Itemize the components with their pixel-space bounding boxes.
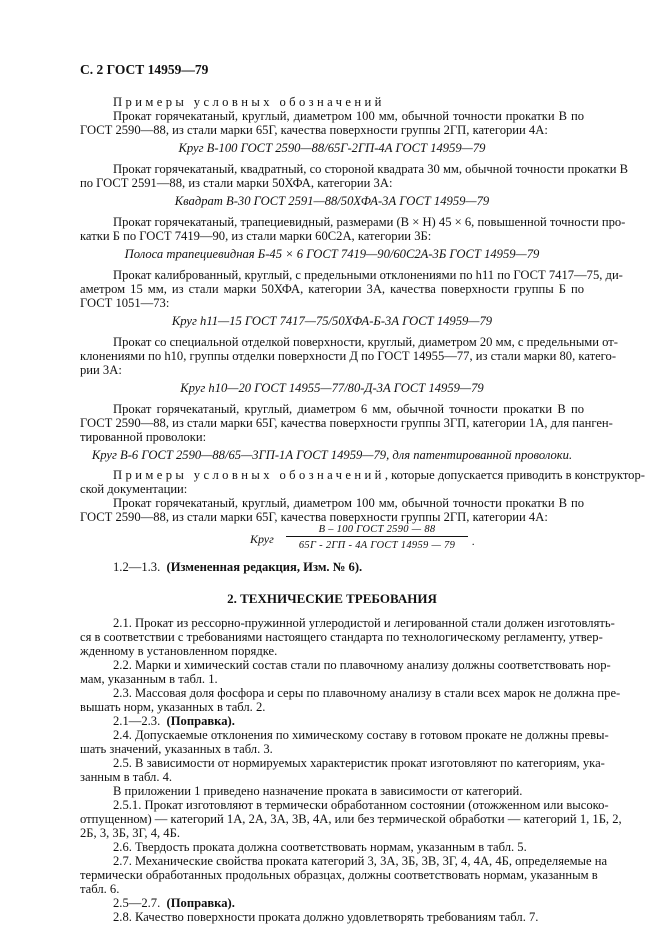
fraction-trailing: . [472, 534, 475, 549]
example-2-line-2: по ГОСТ 2591—88, из стали марки 50ХФА, к… [80, 176, 584, 191]
para-2-5-1-line-1: 2.5.1. Прокат изготовляют в термически о… [80, 798, 584, 813]
para-2-3-line-2: вышать норм, указанных в табл. 2. [80, 700, 584, 715]
para-2-6: 2.6. Твердость проката должна соответств… [80, 840, 584, 855]
para-2-7-line-2: термически обработанных продольных образ… [80, 868, 584, 883]
example-1-line-2: ГОСТ 2590—88, из стали марки 65Г, качест… [80, 123, 584, 138]
correction-ref: 2.1—2.3. [113, 714, 160, 728]
para-2-2-line-2: мам, указанным в табл. 1. [80, 672, 584, 687]
example-4-line-3: ГОСТ 1051—73: [80, 296, 584, 311]
para-2-1-line-3: жденному в установленном порядке. [80, 644, 584, 659]
appendix-note: В приложении 1 приведено назначение прок… [80, 784, 584, 799]
para-2-4-line-1: 2.4. Допускаемые отклонения по химическо… [80, 728, 584, 743]
example-2-line-1: Прокат горячекатаный, квадратный, со сто… [80, 162, 584, 177]
design-doc-heading-line-2: ской документации: [80, 482, 584, 497]
correction-text: (Поправка). [167, 714, 235, 728]
example-2-designation: Квадрат В-30 ГОСТ 2591—88/50ХФА-3А ГОСТ … [80, 194, 584, 209]
para-2-5-1-line-2: отпущенном) — категорий 1А, 2А, 3А, 3В, … [80, 812, 584, 827]
para-2-7-line-1: 2.7. Механические свойства проката катег… [80, 854, 584, 869]
fraction-numerator: В – 100 ГОСТ 2590 — 88 [286, 524, 468, 537]
correction-ref-2: 2.5—2.7. [113, 896, 160, 910]
example-3-line-1: Прокат горячекатаный, трапециевидный, ра… [80, 215, 584, 230]
para-2-2-line-1: 2.2. Марки и химический состав стали по … [80, 658, 584, 673]
design-doc-heading: Примеры условных обозначений, которые до… [80, 468, 584, 483]
example-5-designation: Круг h10—20 ГОСТ 14955—77/80-Д-3А ГОСТ 1… [80, 381, 584, 396]
example-5-line-1: Прокат со специальной отделкой поверхнос… [80, 335, 584, 350]
example-3-line-2: катки Б по ГОСТ 7419—90, из стали марки … [80, 229, 584, 244]
design-doc-heading-rest: , которые допускается приводить в констр… [385, 468, 645, 482]
example-6-line-3: тированной проволоки: [80, 430, 584, 445]
example-6-line-2: ГОСТ 2590—88, из стали марки 65Г, качест… [80, 416, 584, 431]
section-2-title: 2. ТЕХНИЧЕСКИЕ ТРЕБОВАНИЯ [80, 591, 584, 607]
example-3-designation: Полоса трапециевидная Б-45 × 6 ГОСТ 7419… [80, 247, 584, 262]
amendment-note: 1.2—1.3. (Измененная редакция, Изм. № 6)… [80, 560, 584, 575]
example-5-line-2: клонениями по h10, группы отделки поверх… [80, 349, 584, 364]
example-6-line-1: Прокат горячекатаный, круглый, диаметром… [80, 402, 584, 417]
design-doc-line-2: ГОСТ 2590—88, из стали марки 65Г, качест… [80, 510, 584, 525]
example-6-designation: Круг В-6 ГОСТ 2590—88/65—3ГП-1А ГОСТ 149… [80, 448, 584, 463]
fraction-word: Круг [250, 532, 274, 547]
para-2-7-line-3: табл. 6. [80, 882, 584, 897]
fraction-denominator: 65Г - 2ГП - 4А ГОСТ 14959 — 79 [286, 540, 468, 551]
examples-heading: Примеры условных обозначений [80, 95, 584, 110]
page-header: С. 2 ГОСТ 14959—79 [80, 62, 208, 78]
design-doc-heading-spaced: Примеры условных обозначений [113, 468, 385, 482]
design-doc-line-1: Прокат горячекатаный, круглый, диаметром… [80, 496, 584, 511]
example-1-line-1: Прокат горячекатаный, круглый, диаметром… [80, 109, 584, 124]
correction-text-2: (Поправка). [167, 896, 235, 910]
document-page: С. 2 ГОСТ 14959—79 Примеры условных обоз… [0, 0, 661, 936]
para-2-1-line-1: 2.1. Прокат из рессорно-пружинной углеро… [80, 616, 584, 631]
para-2-5-1-line-3: 2Б, 3, 3Б, 3Г, 4, 4Б. [80, 826, 584, 841]
correction-2-1-2-3: 2.1—2.3. (Поправка). [80, 714, 584, 729]
amendment-ref: 1.2—1.3. [113, 560, 160, 574]
correction-2-5-2-7: 2.5—2.7. (Поправка). [80, 896, 584, 911]
example-4-line-1: Прокат калиброванный, круглый, с предель… [80, 268, 584, 283]
para-2-3-line-1: 2.3. Массовая доля фосфора и серы по пла… [80, 686, 584, 701]
para-2-1-line-2: ся в соответствии с требованиями настоящ… [80, 630, 584, 645]
para-2-4-line-2: шать значений, указанных в табл. 3. [80, 742, 584, 757]
para-2-5-line-1: 2.5. В зависимости от нормируемых характ… [80, 756, 584, 771]
amendment-text: (Измененная редакция, Изм. № 6). [167, 560, 363, 574]
example-4-designation: Круг h11—15 ГОСТ 7417—75/50ХФА-Б-3А ГОСТ… [80, 314, 584, 329]
example-5-line-3: рии 3А: [80, 363, 584, 378]
example-1-designation: Круг В-100 ГОСТ 2590—88/65Г-2ГП-4А ГОСТ … [80, 141, 584, 156]
example-4-line-2: аметром 15 мм, из стали марки 50ХФА, кат… [80, 282, 584, 297]
para-2-5-line-2: занным в табл. 4. [80, 770, 584, 785]
para-2-8: 2.8. Качество поверхности проката должно… [80, 910, 584, 925]
